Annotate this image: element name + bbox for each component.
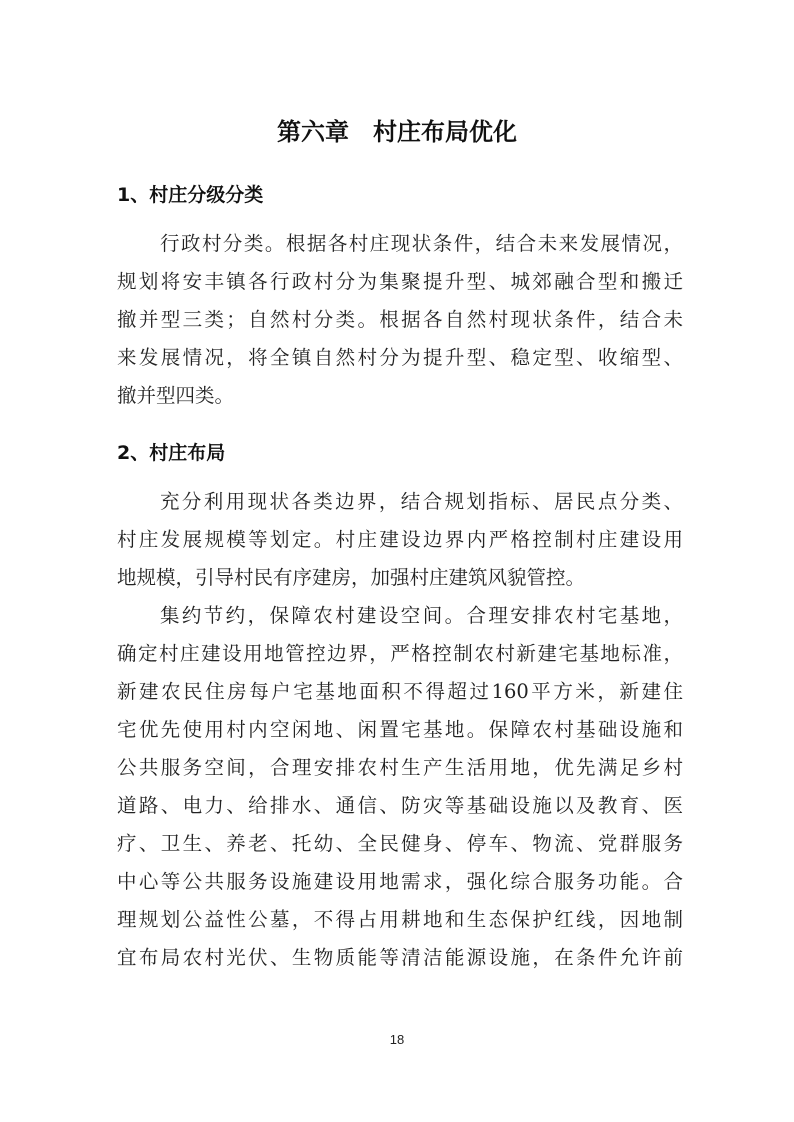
- paragraph-line: 行政村分类。根据各村庄现状条件，结合未来发展情况，: [160, 228, 683, 256]
- paragraph-line: 村庄发展规模等划定。村庄建设边界内严格控制村庄建设用: [117, 524, 683, 552]
- paragraph-line: 公共服务空间，合理安排农村生产生活用地，优先满足乡村: [117, 752, 683, 780]
- document-page: 第六章 村庄布局优化 1、村庄分级分类 行政村分类。根据各村庄现状条件，结合未来…: [0, 0, 794, 1122]
- paragraph-line: 规划将安丰镇各行政村分为集聚提升型、城郊融合型和搬迁: [117, 266, 683, 294]
- section-heading-2: 2、村庄布局: [117, 438, 225, 465]
- paragraph-line: 道路、电力、给排水、通信、防灾等基础设施以及教育、医: [117, 790, 683, 818]
- paragraph-line: 中心等公共服务设施建设用地需求，强化综合服务功能。合: [117, 866, 683, 894]
- paragraph-line: 地规模，引导村民有序建房，加强村庄建筑风貌管控。: [117, 562, 683, 590]
- paragraph-line: 撤并型四类。: [117, 380, 683, 408]
- page-number: 18: [0, 1032, 794, 1047]
- paragraph-line: 宜布局农村光伏、生物质能等清洁能源设施，在条件允许前: [117, 942, 683, 970]
- paragraph-line: 宅优先使用村内空闲地、闲置宅基地。保障农村基础设施和: [117, 714, 683, 742]
- paragraph-line: 理规划公益性公墓，不得占用耕地和生态保护红线，因地制: [117, 904, 683, 932]
- paragraph-line: 新建农民住房每户宅基地面积不得超过160平方米，新建住: [117, 676, 683, 704]
- paragraph-line: 确定村庄建设用地管控边界，严格控制农村新建宅基地标准，: [117, 638, 683, 666]
- paragraph-line: 充分利用现状各类边界，结合规划指标、居民点分类、: [160, 486, 683, 514]
- paragraph-line: 撤并型三类；自然村分类。根据各自然村现状条件，结合未: [117, 304, 683, 332]
- section-heading-1: 1、村庄分级分类: [117, 180, 263, 207]
- chapter-title: 第六章 村庄布局优化: [0, 112, 794, 147]
- paragraph-line: 疗、卫生、养老、托幼、全民健身、停车、物流、党群服务: [117, 828, 683, 856]
- paragraph-line: 集约节约，保障农村建设空间。合理安排农村宅基地，: [160, 600, 683, 628]
- paragraph-line: 来发展情况，将全镇自然村分为提升型、稳定型、收缩型、: [117, 342, 683, 370]
